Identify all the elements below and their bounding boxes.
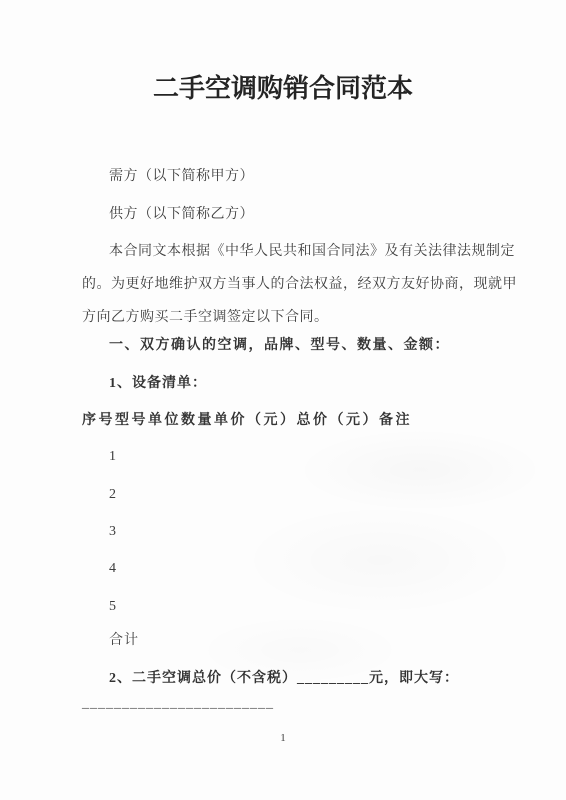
contract-document-page: 二手空调购销合同范本 需方（以下简称甲方） 供方（以下简称乙方） 本合同文本根据… <box>0 0 566 800</box>
equipment-list-label: 1、设备清单： <box>109 374 207 394</box>
total-price-line: 2、二手空调总价（不含税）_________元，即大写： <box>109 669 459 689</box>
table-header-row: 序号型号单位数量单价（元）总价（元）备注 <box>82 411 412 431</box>
table-row: 5 <box>109 597 117 617</box>
party-a-line: 需方（以下简称甲方） <box>109 167 254 187</box>
table-row: 4 <box>109 559 117 579</box>
intro-line: 本合同文本根据《中华人民共和国合同法》及有关法律法规制定 <box>109 242 515 262</box>
document-title: 二手空调购销合同范本 <box>0 71 566 107</box>
table-row: 1 <box>109 447 117 467</box>
amount-in-words-blank-line: ________________________ <box>82 694 274 714</box>
intro-line: 方向乙方购买二手空调签定以下合同。 <box>82 308 329 328</box>
table-total-row: 合计 <box>109 631 139 651</box>
page-number: 1 <box>0 731 566 745</box>
section-1-heading: 一、双方确认的空调，品牌、型号、数量、金额： <box>109 336 450 356</box>
intro-line: 的。为更好地维护双方当事人的合法权益，经双方友好协商，现就甲 <box>82 275 517 295</box>
table-row: 3 <box>109 522 117 542</box>
table-row: 2 <box>109 485 117 505</box>
party-b-line: 供方（以下简称乙方） <box>109 205 254 225</box>
